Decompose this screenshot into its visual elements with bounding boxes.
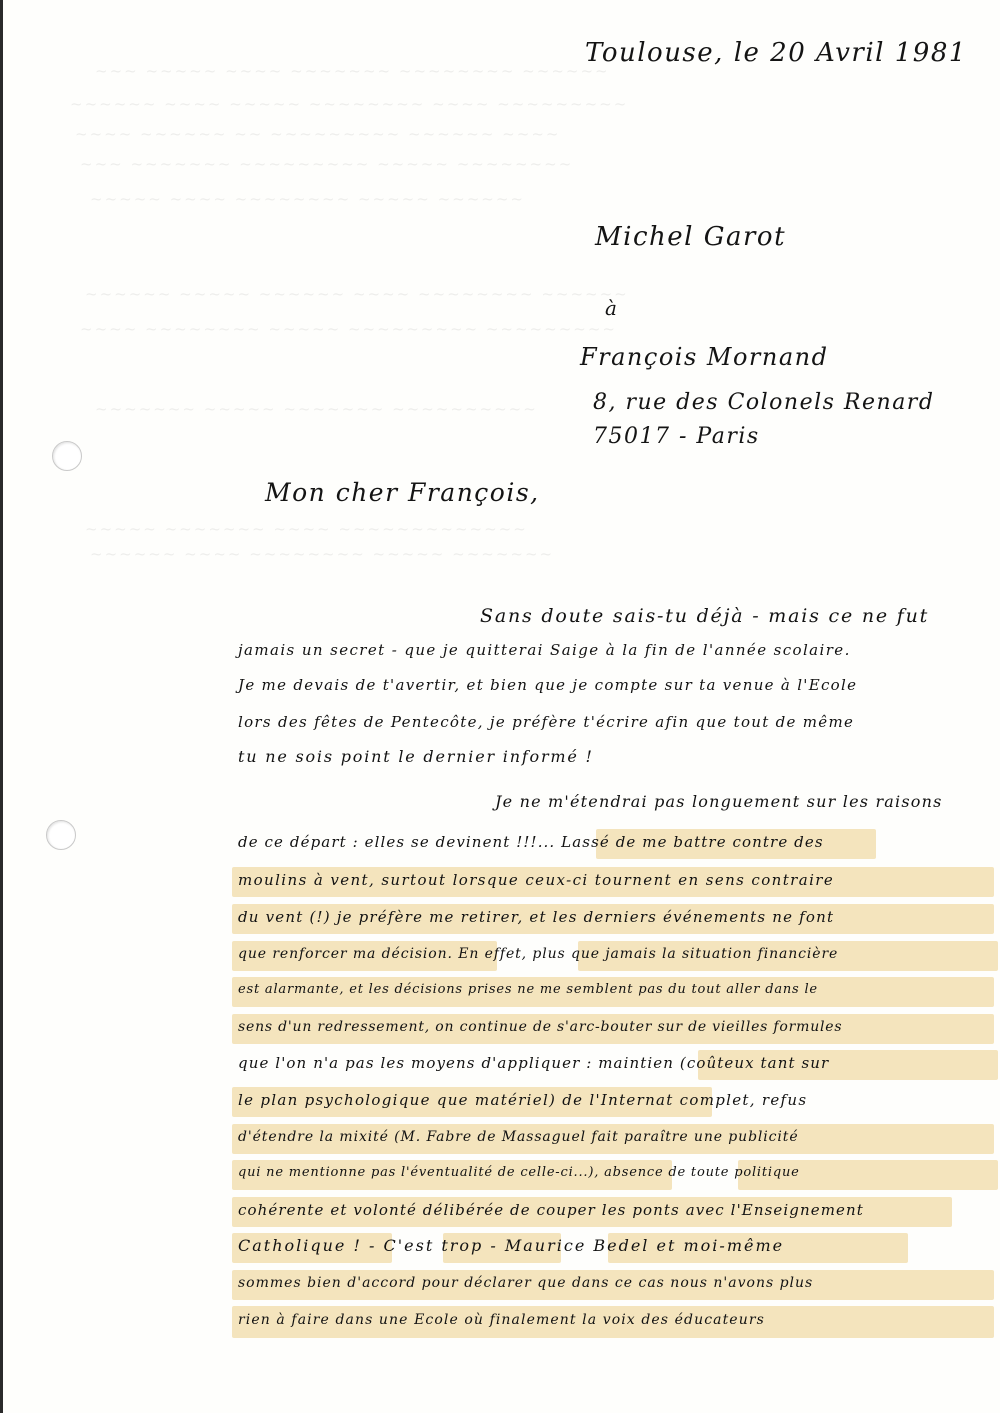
- body-line: d'étendre la mixité (M. Fabre de Massagu…: [238, 1117, 998, 1157]
- body-line: jamais un secret - que je quitterai Saig…: [238, 630, 998, 670]
- body-line: cohérente et volonté délibérée de couper…: [238, 1190, 998, 1230]
- body-line: rien à faire dans une Ecole où finalemen…: [238, 1300, 998, 1340]
- body-line: sens d'un redressement, on continue de s…: [238, 1007, 998, 1047]
- body-line: Je me devais de t'avertir, et bien que j…: [238, 665, 998, 705]
- body-line: tu ne sois point le dernier informé !: [238, 737, 998, 777]
- hole-punch: [46, 820, 76, 850]
- body-line: lors des fêtes de Pentecôte, je préfère …: [238, 702, 998, 742]
- sender-name: Michel Garot: [595, 222, 786, 252]
- body-line: Catholique ! - C'est trop - Maurice Bede…: [238, 1226, 998, 1266]
- body-line: qui ne mentionne pas l'éventualité de ce…: [238, 1153, 998, 1193]
- recipient-name: François Mornand: [580, 343, 828, 371]
- body-line: sommes bien d'accord pour déclarer que d…: [238, 1263, 998, 1303]
- body-line: de ce départ : elles se devinent !!!... …: [238, 822, 998, 862]
- hole-punch: [52, 441, 82, 471]
- body-line: que renforcer ma décision. En effet, plu…: [238, 934, 998, 974]
- body-line: Je ne m'étendrai pas longuement sur les …: [495, 782, 1000, 822]
- body-line: que l'on n'a pas les moyens d'appliquer …: [238, 1043, 998, 1083]
- body-line: est alarmante, et les décisions prises n…: [238, 970, 998, 1010]
- salutation: Mon cher François,: [265, 478, 540, 507]
- recipient-street: 8, rue des Colonels Renard: [593, 390, 934, 415]
- date-line: Toulouse, le 20 Avril 1981: [585, 38, 967, 68]
- recipient-city: 75017 - Paris: [593, 424, 760, 449]
- body-line: du vent (!) je préfère me retirer, et le…: [238, 897, 998, 937]
- body-line: moulins à vent, surtout lorsque ceux-ci …: [238, 860, 998, 900]
- to-word: à: [605, 296, 618, 320]
- body-line: le plan psychologique que matériel) de l…: [238, 1080, 998, 1120]
